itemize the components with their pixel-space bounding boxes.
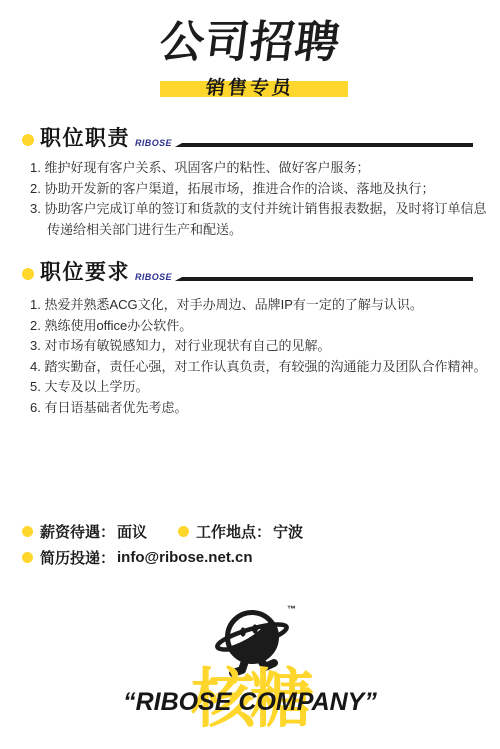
requirements-list: 1. 热爱并熟悉ACG文化，对手办周边、品牌IP有一定的了解与认识。 2. 熟练… xyxy=(30,295,490,418)
resume-email: info@ribose.net.cn xyxy=(117,549,252,566)
brand-label: RIBOSE xyxy=(135,272,172,282)
bullet-dot-icon xyxy=(22,268,34,280)
location-value: 宁波 xyxy=(273,521,303,542)
trademark-symbol: ™ xyxy=(287,604,296,614)
salary-value: 面议 xyxy=(117,521,147,542)
poster-subtitle: 销售专员 xyxy=(0,73,500,100)
responsibilities-list: 1. 维护好现有客户关系、巩固客户的粘性、做好客户服务； 2. 协助开发新的客户… xyxy=(30,158,490,240)
bullet-dot-icon xyxy=(22,134,34,146)
bullet-dot-icon xyxy=(178,526,189,537)
list-item: 2. 协助开发新的客户渠道，拓展市场，推进合作的洽谈、落地及执行； xyxy=(30,179,490,200)
poster-title: 公司招聘 xyxy=(0,20,500,66)
divider-line xyxy=(175,277,473,282)
list-item: 5. 大专及以上学历。 xyxy=(30,377,490,398)
wordmark-english: “RIBOSE COMPANY” xyxy=(0,688,500,716)
list-item: 1. 维护好现有客户关系、巩固客户的粘性、做好客户服务； xyxy=(30,158,490,179)
list-item: 4. 踏实勤奋，责任心强，对工作认真负责，有较强的沟通能力及团队合作精神。 xyxy=(30,357,490,378)
divider-line xyxy=(175,143,473,148)
section-heading: 职位职责 xyxy=(40,128,130,150)
resume-info: 简历投递： info@ribose.net.cn xyxy=(22,547,252,567)
list-item: 2. 熟练使用office办公软件。 xyxy=(30,316,490,337)
section-heading: 职位要求 xyxy=(40,262,130,284)
list-item: 3. 对市场有敏锐感知力，对行业现状有自己的见解。 xyxy=(30,336,490,357)
list-item: 1. 热爱并熟悉ACG文化，对手办周边、品牌IP有一定的了解与认识。 xyxy=(30,295,490,316)
recruitment-poster: 公司招聘 销售专员 职位职责 RIBOSE 1. 维护好现有客户关系、巩固客户的… xyxy=(0,0,500,749)
brand-label: RIBOSE xyxy=(135,138,172,148)
section-header-requirements: 职位要求 RIBOSE xyxy=(22,262,473,284)
location-label: 工作地点： xyxy=(196,521,271,542)
bullet-dot-icon xyxy=(22,526,33,537)
section-header-responsibilities: 职位职责 RIBOSE xyxy=(22,128,473,150)
location-info: 工作地点： 宁波 xyxy=(178,521,303,541)
list-item: 6. 有日语基础者优先考虑。 xyxy=(30,398,490,419)
salary-info: 薪资待遇： 面议 xyxy=(22,521,147,541)
salary-label: 薪资待遇： xyxy=(40,521,115,542)
bullet-dot-icon xyxy=(22,552,33,563)
list-item: 3. 协助客户完成订单的签订和货款的支付并统计销售报表数据，及时将订单信息传递给… xyxy=(30,199,490,240)
resume-label: 简历投递： xyxy=(40,547,115,568)
